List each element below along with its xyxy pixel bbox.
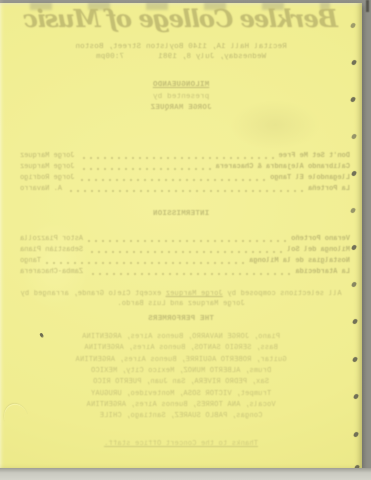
- program-row: Llegandole El Tango Jorge Rodrigo: [20, 174, 350, 182]
- program-row: Milonga del Sol Sebastián Piana: [20, 246, 350, 254]
- dot-leader: [87, 237, 287, 243]
- dot-leader: [66, 187, 304, 193]
- presented-by-label: presented by: [0, 93, 362, 101]
- dot-leader: [79, 154, 275, 160]
- scanned-page: Berklee College of Music Recital Hall 1A…: [0, 0, 371, 480]
- intermission-heading: INTERMISSION: [0, 210, 362, 218]
- piece-title: Milonga del Sol: [287, 246, 350, 254]
- note-post: except Cielo Grande, arranged by: [20, 290, 165, 298]
- address-line: Recital Hall 1A, 1140 Boylston Street, B…: [0, 43, 362, 51]
- piece-title: La Atardecida: [295, 268, 350, 276]
- date-text: Wednesday, July 8, 1981: [158, 53, 266, 61]
- berklee-logo-text: Berklee College of Music: [0, 4, 362, 33]
- piece-title: Nostalgias de la Milonga: [249, 257, 350, 265]
- piece-title: Llegandole El Tango: [270, 174, 350, 182]
- piece-title: Verano Porteño: [291, 235, 350, 243]
- piece-performer: Zamba-Chacarera: [20, 268, 83, 276]
- dot-leader: [87, 270, 291, 276]
- program-row: Verano Porteño Astor Piazzolla: [20, 235, 350, 243]
- presenter-name: JORGE MARQUEZ: [0, 104, 362, 112]
- time-text: 7:00pm: [96, 53, 124, 61]
- program-row: La Porteña A. Navarro: [20, 185, 350, 193]
- performer-line: Congas, PABLO SUAREZ, Santiago, CHILE: [0, 412, 362, 420]
- dot-leader: [45, 259, 245, 265]
- note-line-2: Jorge Marquez and Luis Bardo.: [0, 300, 362, 308]
- note-line-1: All selections composed by Jorge Marquez…: [0, 290, 362, 298]
- footer-note: Thanks to the Concert Office staff.: [0, 440, 362, 448]
- mirrored-program-content: Berklee College of Music Recital Hall 1A…: [0, 3, 362, 468]
- scan-bottom-edge: [0, 468, 371, 480]
- performer-line: Bass, SERGIO SANTOS, Buenos Aires, ARGEN…: [0, 344, 362, 352]
- piece-performer: Jorge Marquez: [20, 163, 75, 171]
- performer-line: Guitar, ROBERTO AGUIRRE, Buenos Aires, A…: [0, 356, 362, 364]
- performer-line: Drums, ALBERTO MUNOZ, Mexico City, MEXIC…: [0, 367, 362, 375]
- note-underlined-name: Jorge Marquez: [166, 290, 223, 298]
- note-pre: All selections composed by: [223, 290, 342, 298]
- program-row: Don't Set Me Free Jorge Marquez: [20, 152, 350, 160]
- piece-performer: Jorge Rodrigo: [20, 174, 75, 182]
- piece-title: Calibrando Alejandra & Chacarera: [216, 163, 350, 171]
- program-row: Calibrando Alejandra & Chacarera Jorge M…: [20, 163, 350, 171]
- program-row: Nostalgias de la Milonga Tango: [20, 257, 350, 265]
- dot-leader: [79, 176, 267, 182]
- scan-artifact-edge: [366, 0, 369, 12]
- piece-performer: Sebastián Piana: [20, 246, 83, 254]
- piece-performer: Tango: [20, 257, 41, 265]
- piece-performer: Astor Piazzolla: [20, 235, 83, 243]
- performer-line: Piano, JORGE NAVARRO, Buenos Aires, ARGE…: [0, 333, 362, 341]
- program-row: La Atardecida Zamba-Chacarera: [20, 268, 350, 276]
- piece-performer: A. Navarro: [20, 185, 62, 193]
- performer-line: Vocals, ANA TORRES, Buenos Aires, ARGENT…: [0, 401, 362, 409]
- piece-performer: Jorge Marquez: [20, 152, 75, 160]
- dot-leader: [87, 248, 283, 254]
- piece-title: Don't Set Me Free: [279, 152, 350, 160]
- dot-leader: [79, 165, 212, 171]
- program-title: MILONGUEANDO: [0, 81, 362, 89]
- performer-line: Sax, PEDRO RIVERA, San Juan, PUERTO RICO: [0, 378, 362, 386]
- piece-title: La Porteña: [308, 185, 350, 193]
- performers-heading: THE PERFORMERS: [0, 315, 362, 323]
- date-time-line: Wednesday, July 8, 19817:00pm: [0, 53, 362, 61]
- performer-line: Trumpet, VICTOR SOSA, Montevideo, URUGUA…: [0, 390, 362, 398]
